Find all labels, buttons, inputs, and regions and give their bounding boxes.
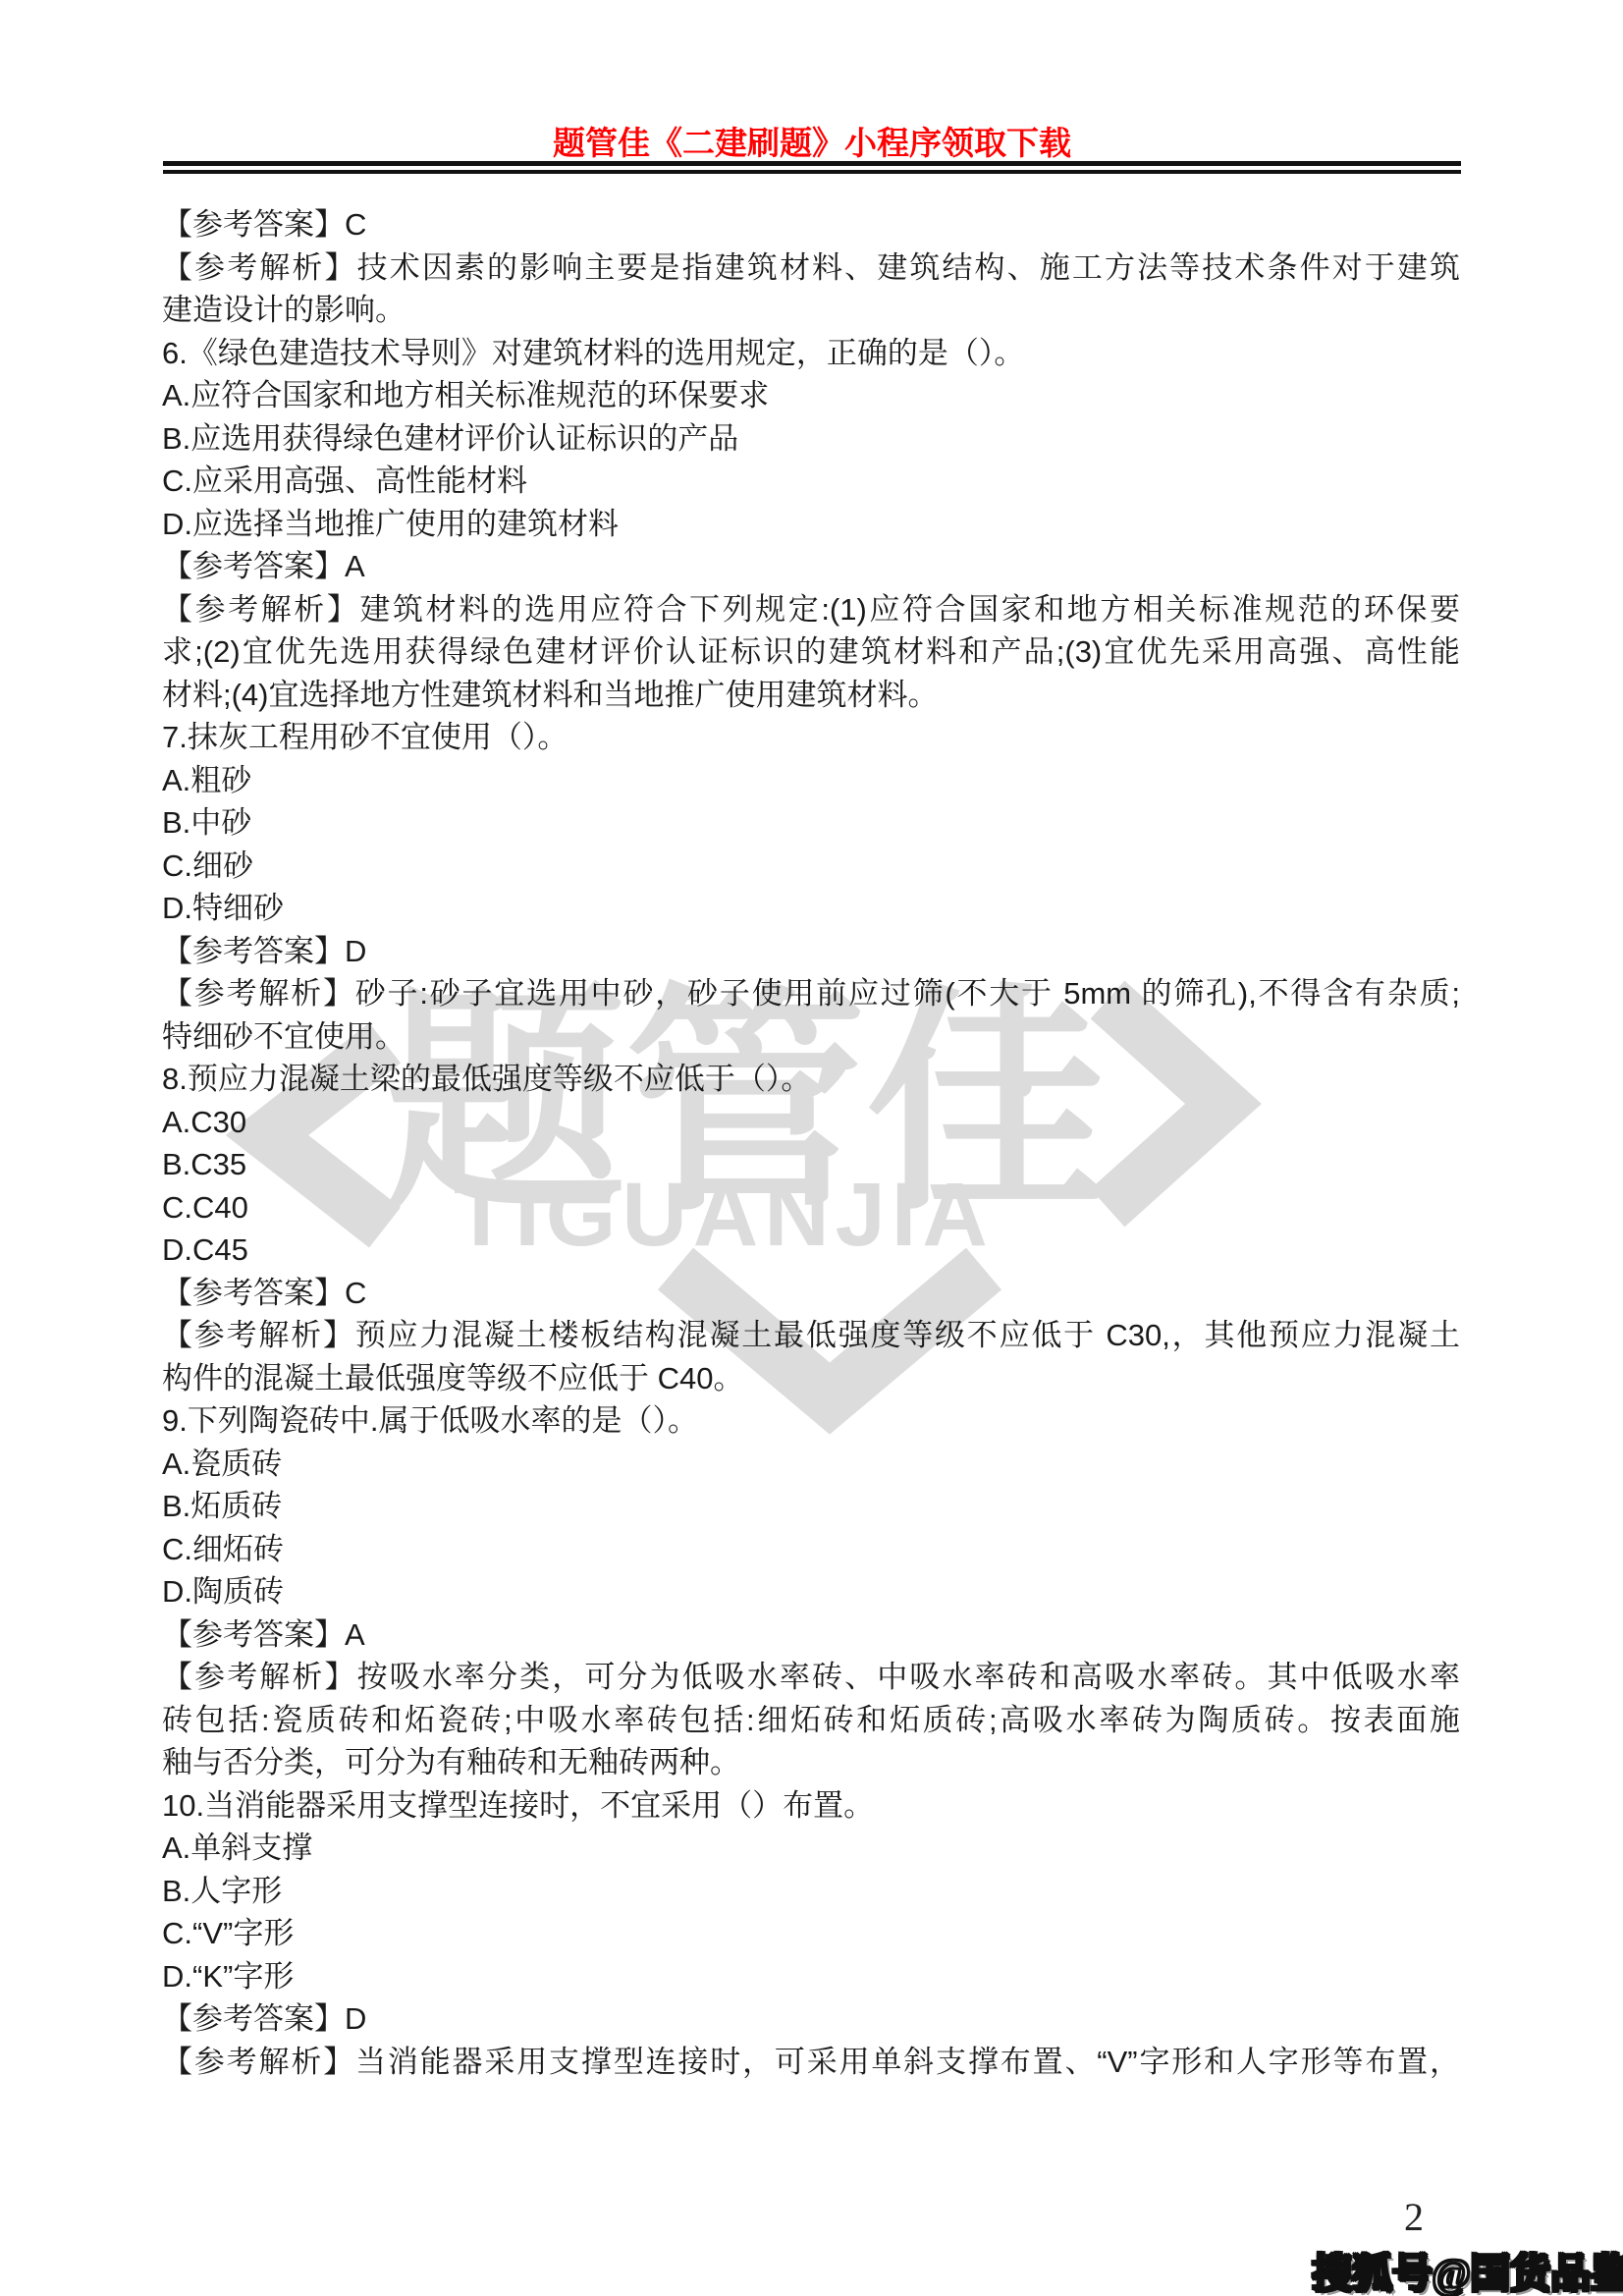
text-line: 材料;(4)宜选择地方性建筑材料和当地推广使用建筑材料。	[162, 674, 1460, 717]
text-line: B.C35	[162, 1143, 1460, 1186]
text-line: 6.《绿色建造技术导则》对建筑材料的选用规定，正确的是（）。	[162, 332, 1460, 375]
content-lines: 【参考答案】C【参考解析】技术因素的影响主要是指建筑材料、建筑结构、施工方法等技…	[162, 203, 1460, 2083]
text-line: 求;(2)宜优先选用获得绿色建材评价认证标识的建筑材料和产品;(3)宜优先采用高…	[162, 630, 1460, 674]
page-title: 题管佳《二建刷题》小程序领取下载	[163, 118, 1461, 164]
text-line: 【参考解析】建筑材料的选用应符合下列规定:(1)应符合国家和地方相关标准规范的环…	[162, 588, 1460, 631]
text-line: 【参考答案】C	[162, 1272, 1460, 1315]
text-line: D.C45	[162, 1229, 1460, 1272]
text-line: D.陶质砖	[162, 1570, 1460, 1613]
text-line: C.“V”字形	[162, 1912, 1460, 1955]
text-line: D.“K”字形	[162, 1955, 1460, 1998]
text-line: 【参考答案】C	[162, 203, 1460, 246]
text-line: 建造设计的影响。	[162, 289, 1460, 332]
text-line: D.特细砂	[162, 887, 1460, 930]
text-line: D.应选择当地推广使用的建筑材料	[162, 503, 1460, 546]
text-line: 【参考答案】A	[162, 1613, 1460, 1657]
text-line: 【参考解析】按吸水率分类，可分为低吸水率砖、中吸水率砖和高吸水率砖。其中低吸水率	[162, 1656, 1460, 1699]
text-line: A.瓷质砖	[162, 1443, 1460, 1486]
text-line: 釉与否分类，可分为有釉砖和无釉砖两种。	[162, 1741, 1460, 1784]
text-line: B.应选用获得绿色建材评价认证标识的产品	[162, 417, 1460, 461]
text-line: 10.当消能器采用支撑型连接时，不宜采用（）布置。	[162, 1784, 1460, 1828]
text-line: 【参考解析】预应力混凝土楼板结构混凝土最低强度等级不应低于 C30,，其他预应力…	[162, 1314, 1460, 1357]
text-line: A.单斜支撑	[162, 1827, 1460, 1870]
text-line: 【参考答案】D	[162, 930, 1460, 973]
text-line: 8.预应力混凝土梁的最低强度等级不应低于（）。	[162, 1058, 1460, 1101]
page-number: 2	[1380, 2194, 1448, 2240]
text-line: 【参考解析】技术因素的影响主要是指建筑材料、建筑结构、施工方法等技术条件对于建筑	[162, 246, 1460, 290]
text-line: 特细砂不宜使用。	[162, 1015, 1460, 1059]
text-line: C.应采用高强、高性能材料	[162, 460, 1460, 503]
text-line: C.细砂	[162, 845, 1460, 888]
credit-watermark: 搜狐号@国货品鉴	[1312, 2241, 1623, 2296]
document-page: 题管佳 TIGUANJIA 题管佳《二建刷题》小程序领取下载 【参考答案】C【参…	[0, 0, 1623, 2296]
text-line: B.中砂	[162, 801, 1460, 845]
text-line: C.细炻砖	[162, 1528, 1460, 1571]
text-line: B.炻质砖	[162, 1485, 1460, 1528]
text-line: 7.抹灰工程用砂不宜使用（）。	[162, 716, 1460, 759]
text-line: 9.下列陶瓷砖中.属于低吸水率的是（）。	[162, 1399, 1460, 1443]
text-line: B.人字形	[162, 1870, 1460, 1913]
text-line: A.应符合国家和地方相关标准规范的环保要求	[162, 374, 1460, 417]
text-line: A.粗砂	[162, 759, 1460, 802]
text-line: 【参考答案】D	[162, 1997, 1460, 2041]
header-double-rule	[163, 161, 1461, 174]
text-line: C.C40	[162, 1186, 1460, 1230]
text-line: 构件的混凝土最低强度等级不应低于 C40。	[162, 1357, 1460, 1400]
text-line: A.C30	[162, 1101, 1460, 1144]
text-line: 【参考答案】A	[162, 545, 1460, 588]
text-line: 【参考解析】砂子:砂子宜选用中砂，砂子使用前应过筛(不大于 5mm 的筛孔),不…	[162, 972, 1460, 1015]
text-line: 【参考解析】当消能器采用支撑型连接时，可采用单斜支撑布置、“V”字形和人字形等布…	[162, 2041, 1460, 2084]
text-line: 砖包括:瓷质砖和炻瓷砖;中吸水率砖包括:细炻砖和炻质砖;高吸水率砖为陶质砖。按表…	[162, 1699, 1460, 1742]
